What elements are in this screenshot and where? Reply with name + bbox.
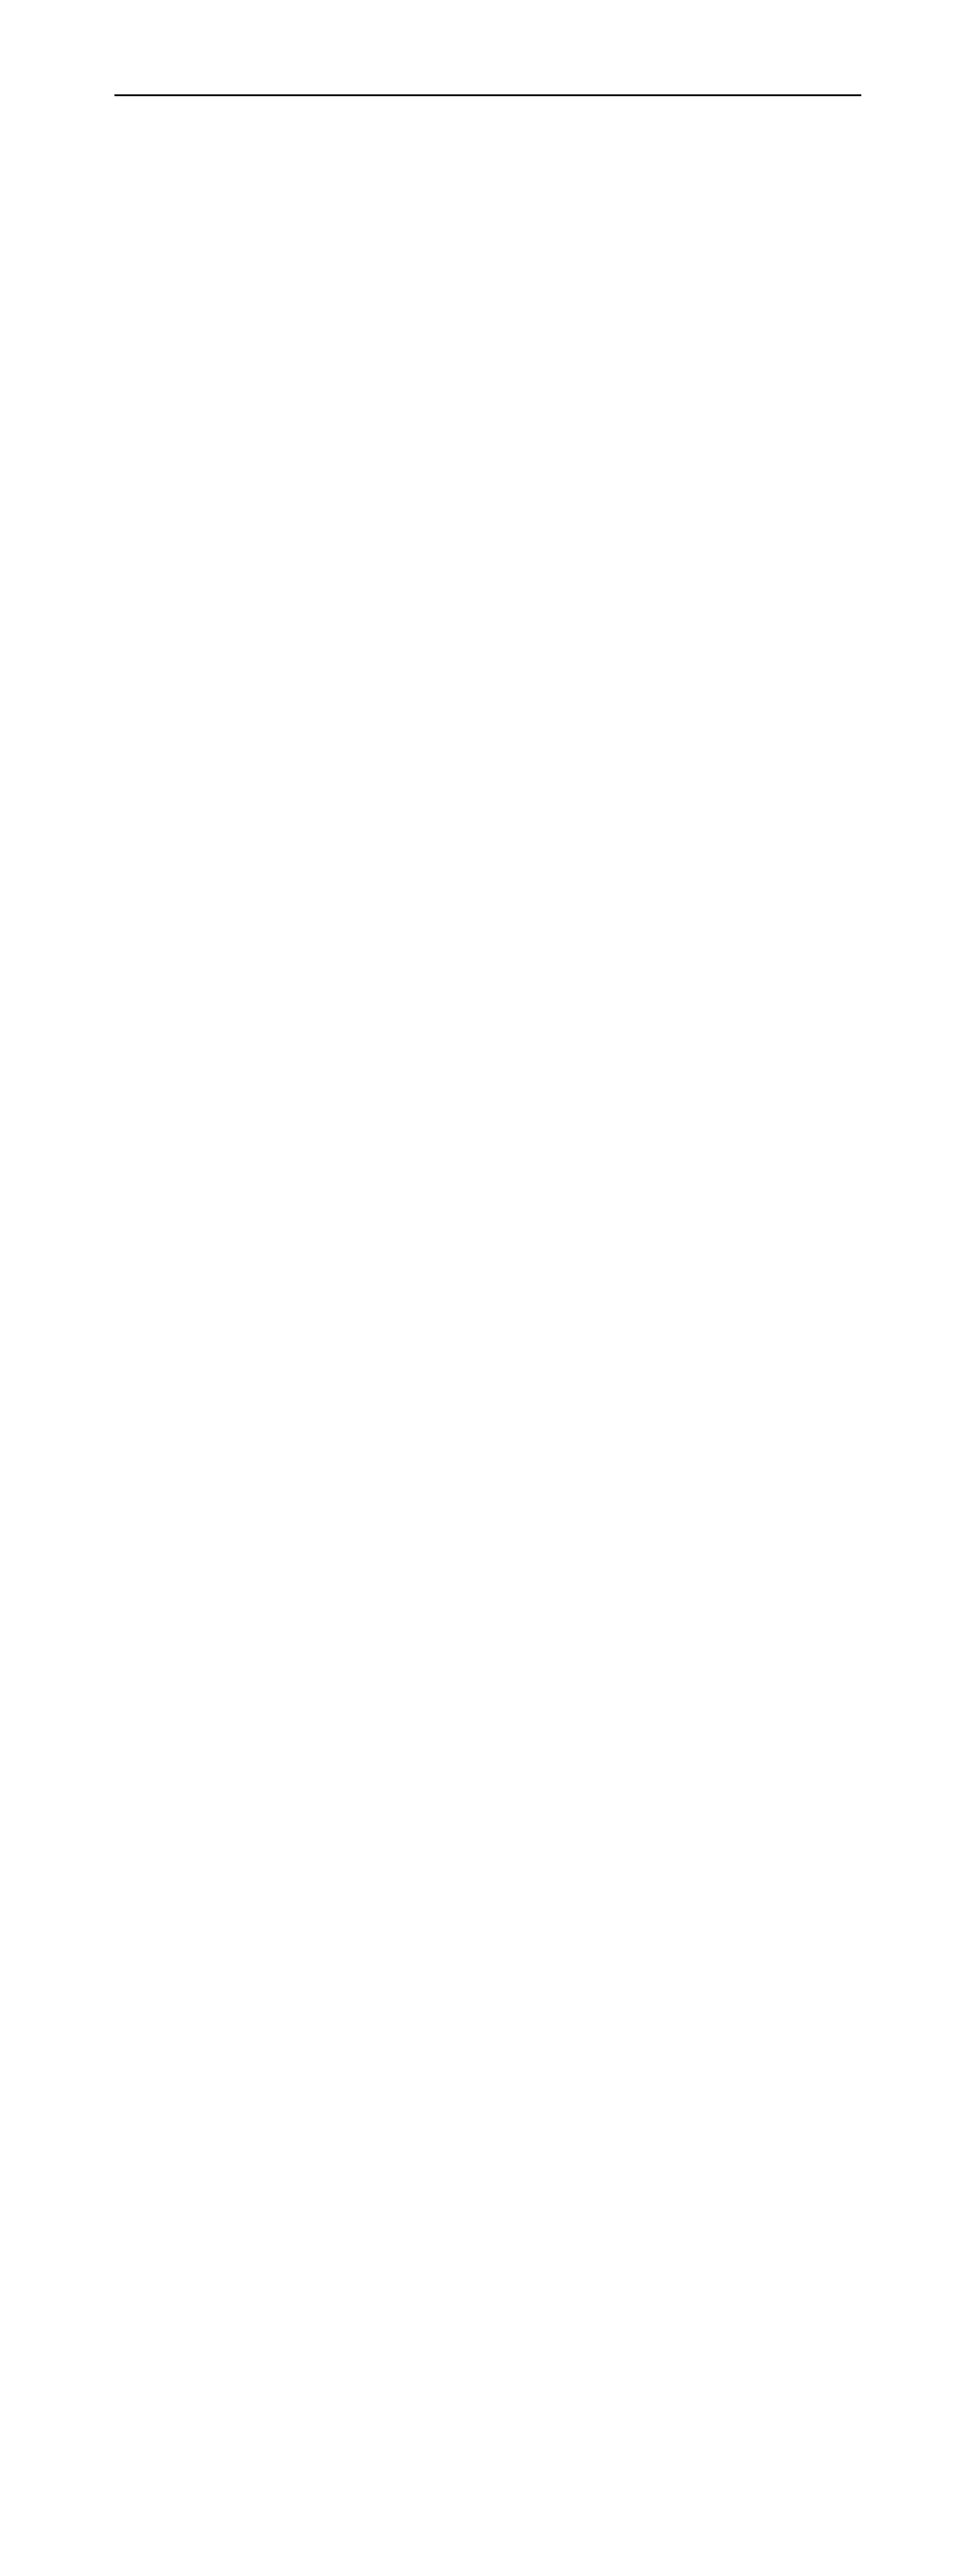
qr-code-block[interactable] xyxy=(779,167,861,256)
header-divider xyxy=(114,94,861,96)
qr-code-icon[interactable] xyxy=(779,167,861,250)
